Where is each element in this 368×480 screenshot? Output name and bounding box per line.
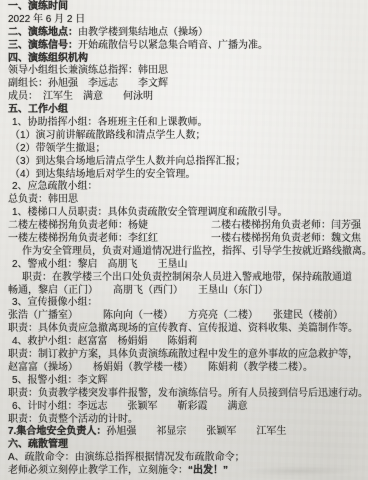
doc-text-bold: 7.集合地安全负责人：	[8, 426, 106, 437]
doc-text: （3）到达集合场地后清点学生人数并向总指挥汇报；	[10, 156, 246, 167]
doc-line: 3、宣传摄像小组：	[8, 297, 364, 310]
doc-line: 畅通，黎启（正门） 高朋飞（西门） 王垦山（东门）	[8, 285, 364, 298]
doc-line: （1）演习前讲解疏散路线和清点学生人数；	[8, 130, 364, 143]
doc-text: 二楼右楼梯拐角负责老师：闫芳强	[211, 220, 361, 231]
doc-text: （4）到达集结场地后对学生的安全管理。	[10, 169, 196, 180]
doc-text: 2、应急疏散小组：	[12, 181, 98, 192]
doc-text: 1、协助指挥小组：各班班主任和上课教师。	[12, 117, 208, 128]
doc-line: 四、演练组织机构	[8, 53, 364, 66]
doc-text: （1）演习前讲解疏散路线和清点学生人数；	[10, 130, 206, 141]
doc-line-column: 二楼左楼梯拐角负责老师：杨婕	[8, 220, 148, 233]
doc-text: 职责：负责整个活动的计时。	[8, 414, 138, 425]
doc-text-bold: 三、演练信号：	[8, 40, 78, 51]
doc-line: 一、演练时间	[8, 1, 364, 14]
doc-text: 张浩（广播室） 陈向向（一楼） 方亮亮（二楼） 张建民（楼前）	[8, 310, 343, 321]
doc-text: 职责：负责教学楼突发事件报警，发布演练信号。所有人员接到信号后迅速行动。	[8, 388, 368, 399]
doc-line: 职责：制订救护方案，具体负责演练疏散过程中发生的意外事故的应急救护等，	[8, 349, 364, 362]
doc-text: 副组长：孙旭强 李远志 李文辉	[8, 78, 168, 89]
doc-line: 三、演练信号：开始疏散信号以紧急集合哨音、广播为准。	[8, 40, 364, 53]
doc-line: 1、楼梯口人员职责：具体负责疏散安全管理调度和疏散引导。	[8, 207, 364, 220]
doc-text: 畅通，黎启（正门） 高朋飞（西门） 王垦山（东门）	[8, 285, 268, 296]
doc-line: 领导小组组长兼演练总指挥：韩田思	[8, 65, 364, 78]
doc-text: 2022 年 6 月 2 日	[8, 14, 85, 25]
doc-line: 总负责：韩田思	[8, 194, 364, 207]
doc-line: 5、报警小组：李文辉	[8, 375, 364, 388]
doc-text-bold: 六、疏散管理	[8, 439, 68, 450]
doc-text: 由教学楼到集结地点（操场）	[78, 27, 208, 38]
doc-text-bold: “出发！”	[188, 465, 228, 476]
doc-text: 总负责：韩田思	[8, 194, 78, 205]
doc-line: 职责：具体负责应急撤离现场的宣传教育、宣传报道、资料收集、美篇制作等。	[8, 323, 364, 336]
doc-line: 职责：在教学楼三个出口处负责控制闲杂人员进入警戒地带，保持疏散通道	[8, 272, 364, 285]
doc-text: 成员： 江军生 满意 何泳明	[8, 91, 153, 102]
doc-line-column: 二楼右楼梯拐角负责老师：闫芳强	[211, 220, 361, 233]
doc-text: 职责：在教学楼三个出口处负责控制闲杂人员进入警戒地带，保持疏散通道	[22, 272, 352, 283]
doc-line: 赵富富（操场） 杨娟娟（教学楼一楼） 陈娟莉（教学楼二楼）。	[8, 362, 364, 375]
doc-text-bold: 一、演练时间	[8, 1, 68, 12]
doc-text: 开始疏散信号以紧急集合哨音、广播为准。	[78, 40, 268, 51]
doc-line: 4、救护小组：赵富富 杨娟娟 陈娟莉	[8, 336, 364, 349]
doc-line: 五、工作小组	[8, 104, 364, 117]
doc-text: 6、计时小组：李远志 张颖军 靳彩霞 满意	[12, 401, 248, 412]
doc-text: （2）带领学生撤退；	[10, 143, 106, 154]
doc-line: A、疏散命令：由演练总指挥根据情况发布疏散命令；	[8, 452, 364, 465]
doc-line: （4）到达集结场地后对学生的安全管理。	[8, 169, 364, 182]
doc-line: 二楼左楼梯拐角负责老师：杨婕二楼右楼梯拐角负责老师：闫芳强	[8, 220, 364, 233]
doc-text: 领导小组组长兼演练总指挥：韩田思	[8, 65, 168, 76]
doc-line: 7.集合地安全负责人：孙旭强 祁显宗 张颖军 江军生	[8, 426, 364, 439]
doc-line: 张浩（广播室） 陈向向（一楼） 方亮亮（二楼） 张建民（楼前）	[8, 310, 364, 323]
doc-text: 3、宣传摄像小组：	[12, 297, 98, 308]
doc-line: 副组长：孙旭强 李远志 李文辉	[8, 78, 364, 91]
doc-line: 2、警戒小组：黎启 高朋飞 王垦山	[8, 259, 364, 272]
doc-line: 职责：负责整个活动的计时。	[8, 414, 364, 427]
doc-line: 1、协助指挥小组：各班班主任和上课教师。	[8, 117, 364, 130]
doc-text: 职责：制订救护方案，具体负责演练疏散过程中发生的意外事故的应急救护等，	[8, 349, 358, 360]
doc-text: A、疏散命令：由演练总指挥根据情况发布疏散命令；	[8, 452, 245, 463]
doc-text: 二楼左楼梯拐角负责老师：杨婕	[8, 220, 148, 231]
doc-text-bold: 五、工作小组	[8, 104, 68, 115]
doc-line: 职责：负责教学楼突发事件报警，发布演练信号。所有人员接到信号后迅速行动。	[8, 388, 364, 401]
doc-line: （3）到达集合场地后清点学生人数并向总指挥汇报；	[8, 156, 364, 169]
doc-line: 2、应急疏散小组：	[8, 181, 364, 194]
doc-line: 二、演练地点：由教学楼到集结地点（操场）	[8, 27, 364, 40]
document-body: 一、演练时间2022 年 6 月 2 日二、演练地点：由教学楼到集结地点（操场）…	[0, 0, 368, 480]
doc-line: 六、疏散管理	[8, 439, 364, 452]
doc-line: 一楼左楼梯拐角负责老师：李红红一楼右楼梯拐角负责老师：魏文焦	[8, 233, 364, 246]
doc-text: 赵富富（操场） 杨娟娟（教学楼一楼） 陈娟莉（教学楼二楼）。	[8, 362, 313, 373]
doc-text: 1、楼梯口人员职责：具体负责疏散安全管理调度和疏散引导。	[12, 207, 288, 218]
doc-text: 一楼左楼梯拐角负责老师：李红红	[8, 233, 158, 244]
doc-text: 孙旭强 祁显宗 张颖军 江军生	[106, 426, 286, 437]
doc-line: 6、计时小组：李远志 张颖军 靳彩霞 满意	[8, 401, 364, 414]
doc-text: 5、报警小组：李文辉	[12, 375, 108, 386]
document-photo: 一、演练时间2022 年 6 月 2 日二、演练地点：由教学楼到集结地点（操场）…	[0, 0, 368, 480]
doc-text: 4、救护小组：赵富富 杨娟娟 陈娟莉	[12, 336, 198, 347]
doc-text-bold: 四、演练组织机构	[8, 53, 88, 64]
doc-line: 成员： 江军生 满意 何泳明	[8, 91, 364, 104]
doc-text: 2、警戒小组：黎启 高朋飞 王垦山	[12, 259, 188, 270]
doc-line: 老师必须立刻停止教学工作，立刻施令：“出发！”	[8, 465, 364, 478]
doc-text: 作为安全管理员，负责对通道情况进行监控，指挥、引导学生按就近路线撤离。	[22, 246, 368, 257]
doc-text-bold: 二、演练地点：	[8, 27, 78, 38]
doc-line: 2022 年 6 月 2 日	[8, 14, 364, 27]
doc-text: 职责：具体负责应急撤离现场的宣传教育、宣传报道、资料收集、美篇制作等。	[8, 323, 358, 334]
doc-text: 一楼右楼梯拐角负责老师：魏文焦	[211, 233, 361, 244]
doc-line-column: 一楼右楼梯拐角负责老师：魏文焦	[211, 233, 361, 246]
doc-line-column: 一楼左楼梯拐角负责老师：李红红	[8, 233, 158, 246]
doc-line: （2）带领学生撤退；	[8, 143, 364, 156]
doc-text: 老师必须立刻停止教学工作，立刻施令：	[8, 465, 188, 476]
doc-line: 作为安全管理员，负责对通道情况进行监控，指挥、引导学生按就近路线撤离。	[8, 246, 364, 259]
